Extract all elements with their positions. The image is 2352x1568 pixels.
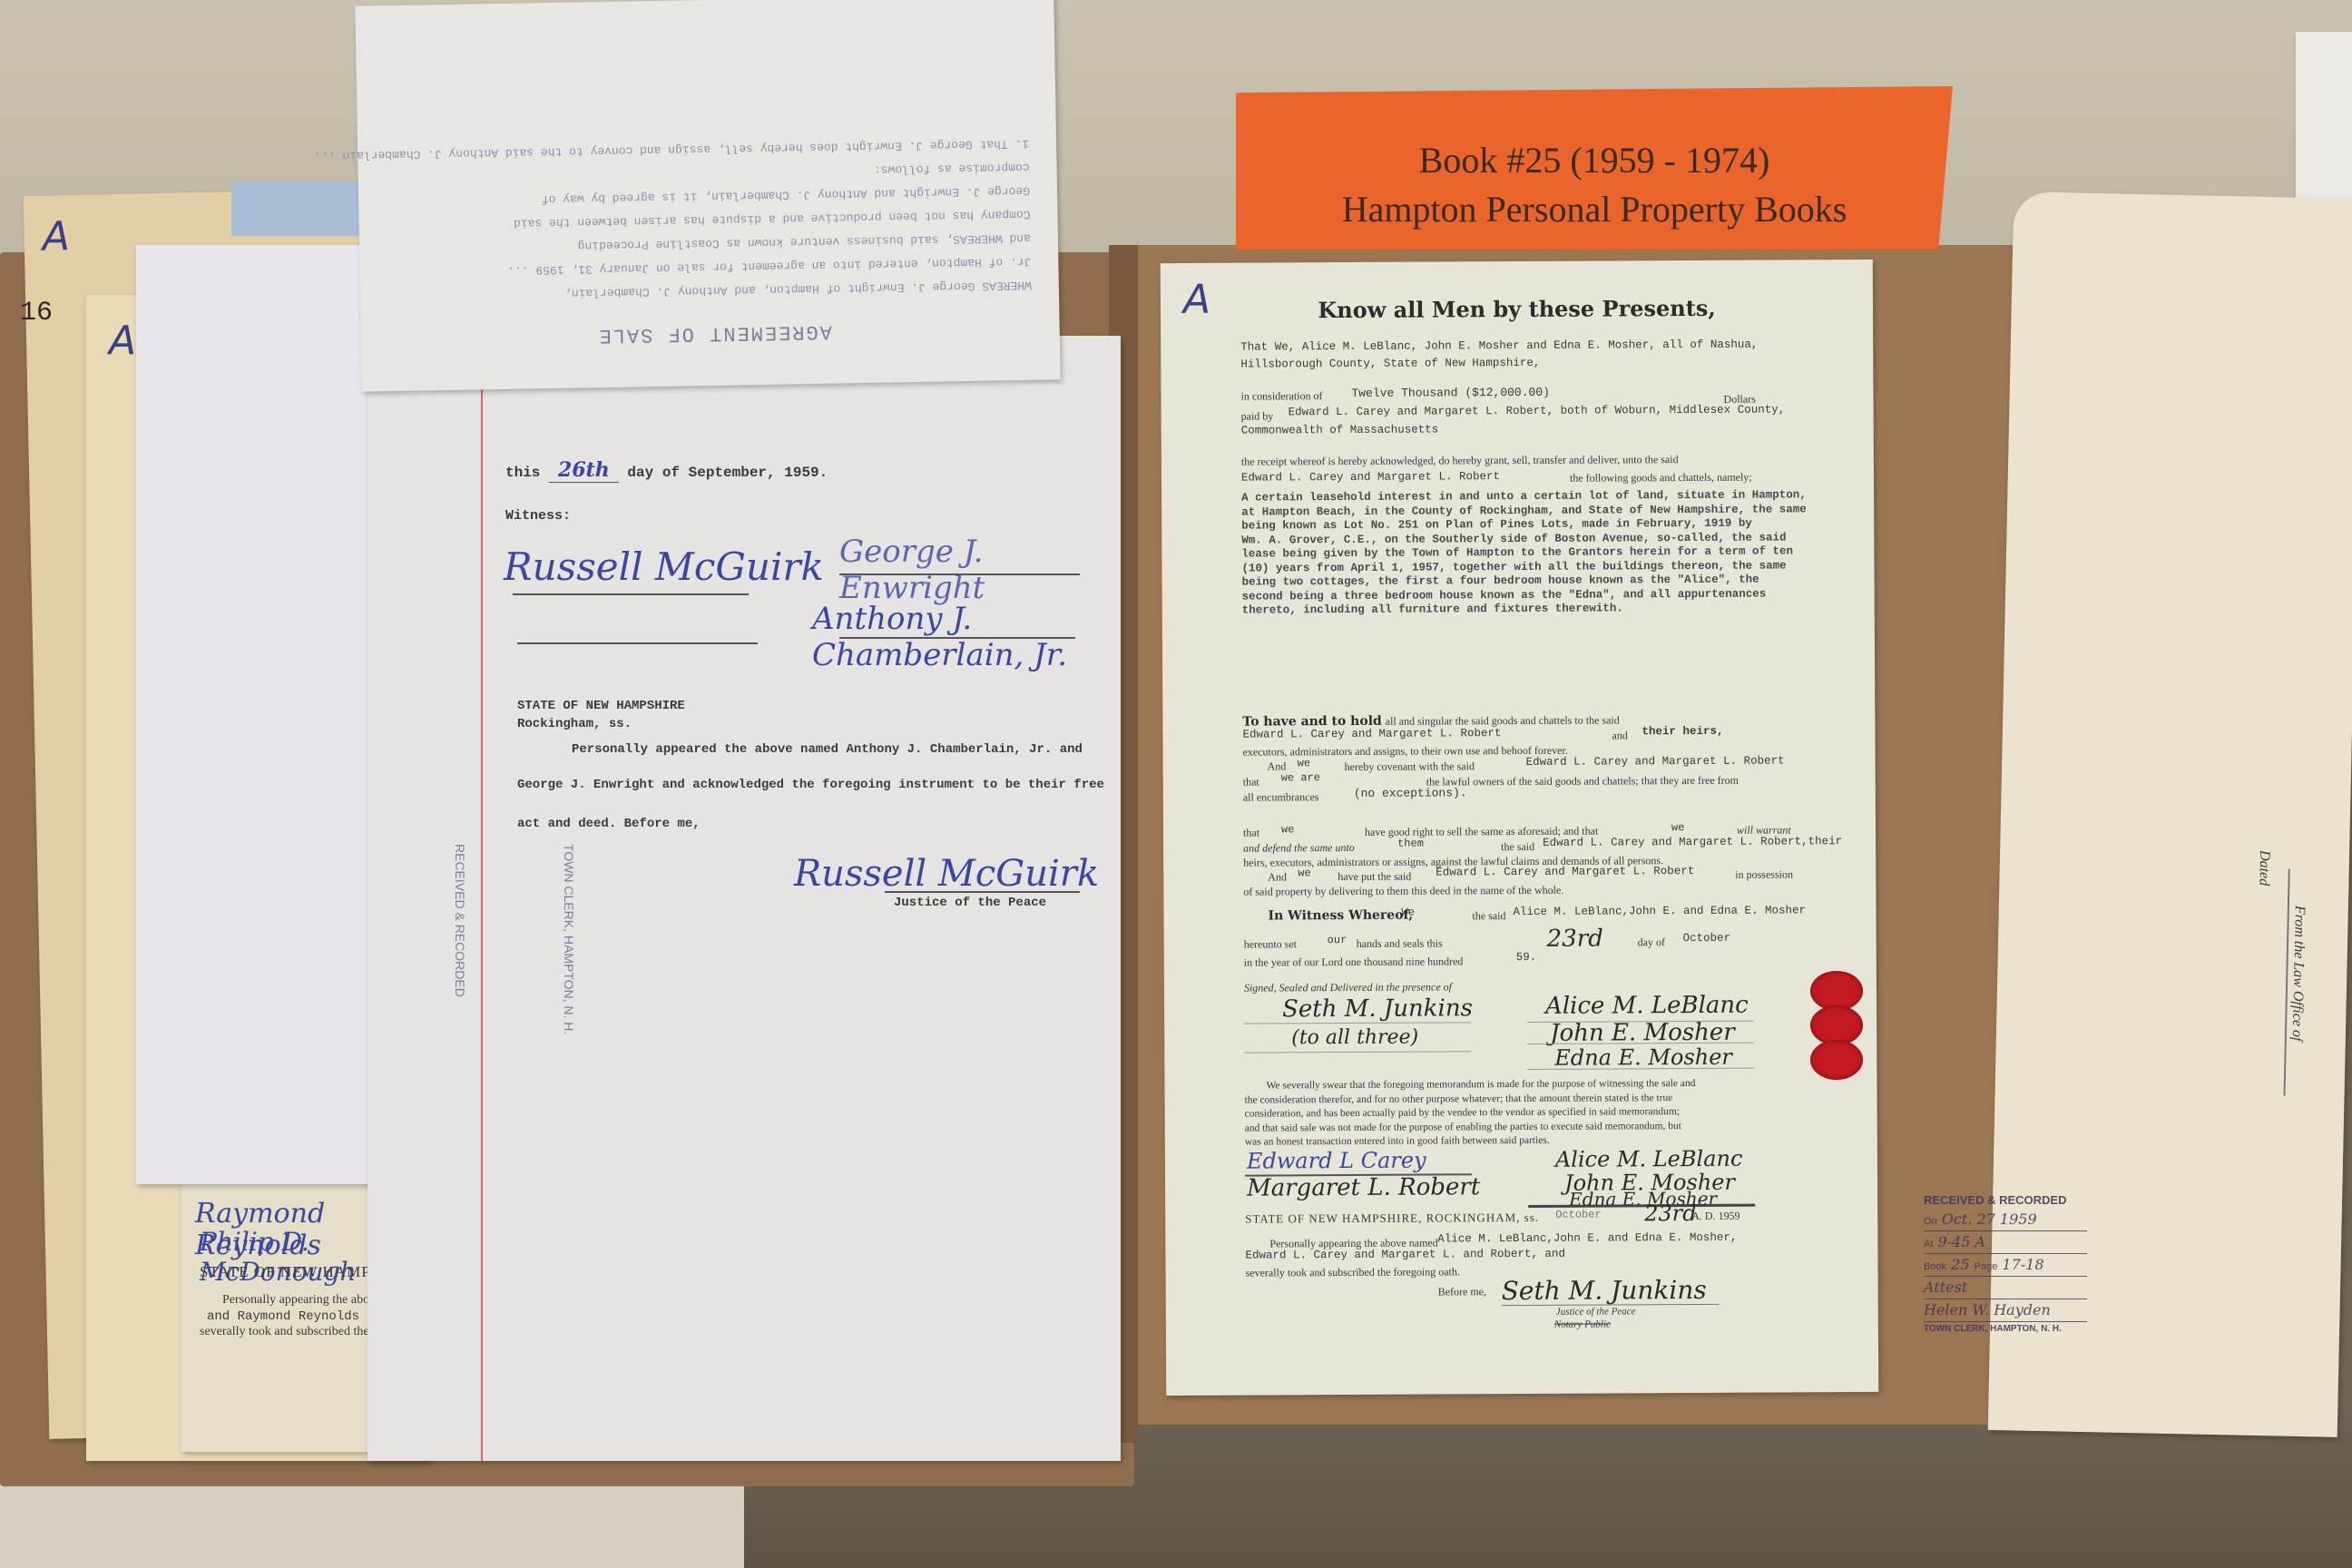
receipt-text: the receipt whereof is hereby acknowledg… bbox=[1241, 453, 1679, 469]
paid-by-label: paid by bbox=[1241, 409, 1274, 423]
ack-line-3: act and deed. Before me, bbox=[517, 817, 701, 831]
habendum-line-3: executors, administrators and assigns, t… bbox=[1243, 744, 1568, 759]
ack-line-1: Personally appeared the above named Anth… bbox=[572, 742, 1083, 757]
we-are: we are bbox=[1281, 771, 1320, 784]
blue-card bbox=[231, 181, 377, 236]
defend-them: them bbox=[1397, 838, 1424, 850]
right-we-2: we bbox=[1671, 821, 1684, 834]
signature-line bbox=[885, 891, 1080, 893]
deed-heading: Know all Men by these Presents, bbox=[1161, 294, 1873, 324]
appearing-names-2: Edward L. Carey and Margaret L. and Robe… bbox=[1245, 1248, 1565, 1262]
margin-mark-a: A bbox=[42, 213, 70, 260]
stamp-reversed-footer: TOWN CLERK, HAMPTON, N. H. bbox=[562, 844, 576, 1034]
possession-grantees: Edward L. Carey and Margaret L. Robert bbox=[1436, 865, 1694, 878]
stamp-clerk-row: Helen W. Hayden bbox=[1924, 1301, 2087, 1322]
tissue-title: AGREEMENT OF SALE bbox=[397, 317, 1033, 350]
defend-said: the said bbox=[1501, 840, 1534, 854]
signature-witness: Russell McGuirk bbox=[504, 544, 824, 589]
book-label-subtitle: Hampton Personal Property Books bbox=[1236, 188, 1953, 230]
edge-paper bbox=[2296, 32, 2352, 200]
bill-of-sale-deed[interactable]: A Know all Men by these Presents, That W… bbox=[1161, 260, 1879, 1396]
recorded-stamp: RECEIVED & RECORDED On Oct. 27 1959 At 9… bbox=[1924, 1193, 2087, 1329]
defend-text: and defend the same unto bbox=[1243, 841, 1355, 856]
hereunto-our: our bbox=[1328, 934, 1347, 946]
grantors-line-2: Hillsborough County, State of New Hampsh… bbox=[1240, 357, 1540, 371]
stamp-page-value: 17-18 bbox=[2002, 1256, 2043, 1273]
stamp-title: RECEIVED & RECORDED bbox=[1924, 1193, 2087, 1207]
witness-signature: Seth M. Junkins bbox=[1282, 995, 1473, 1023]
delivery-text: of said property by delivering to them t… bbox=[1243, 884, 1563, 899]
stamp-book-value: 25 bbox=[1951, 1256, 1969, 1273]
witness-we: We bbox=[1401, 906, 1414, 919]
witness-note: (to all three) bbox=[1291, 1026, 1418, 1050]
habendum-heirs: their heirs, bbox=[1641, 725, 1723, 738]
signature-line bbox=[839, 637, 1075, 639]
book-label: Book #25 (1959 - 1974) Hampton Personal … bbox=[1236, 86, 1953, 250]
tissue-lines: WHEREAS George J. Enwright of Hampton, a… bbox=[394, 132, 1032, 308]
year-text: in the year of our Lord one thousand nin… bbox=[1244, 955, 1464, 969]
stamp-book-label: Book bbox=[1924, 1261, 1946, 1272]
grantees-short: Edward L. Carey and Margaret L. Robert bbox=[1241, 470, 1500, 484]
month: October bbox=[1683, 932, 1731, 945]
signature-line bbox=[839, 573, 1080, 575]
date-prefix: this bbox=[505, 465, 540, 481]
possession-text: have put the said bbox=[1338, 870, 1411, 884]
margin-mark-a: A bbox=[109, 318, 136, 364]
signature-robert: Margaret L. Robert bbox=[1247, 1173, 1480, 1201]
date-line: this 26th day of September, 1959. bbox=[505, 458, 828, 482]
goods-label: the following goods and chattels, namely… bbox=[1570, 471, 1752, 485]
encumbrances-label: all encumbrances bbox=[1243, 790, 1319, 804]
witness-said: the said bbox=[1472, 909, 1505, 923]
ack-line-2: George J. Enwright and acknowledged the … bbox=[517, 778, 1104, 792]
grantors-line-1: That We, Alice M. LeBlanc, John E. Moshe… bbox=[1240, 338, 1758, 354]
grantor-signature-3: Edna E. Mosher bbox=[1554, 1044, 1732, 1071]
oath-line: and that said sale was not made for the … bbox=[1245, 1119, 1696, 1135]
stamp-reversed-text: RECEIVED & RECORDED bbox=[453, 844, 467, 997]
stamp-page-label: Page bbox=[1975, 1261, 1998, 1272]
signature-justice: Russell McGuirk bbox=[794, 853, 1099, 895]
stamp-on-label: On bbox=[1924, 1216, 1937, 1227]
tissue-reversed-block: AGREEMENT OF SALE WHEREAS George J. Enwr… bbox=[392, 13, 1034, 368]
justice-title: Justice of the Peace bbox=[1556, 1306, 1636, 1317]
signed-sealed-label: Signed, Sealed and Delivered in the pres… bbox=[1244, 980, 1452, 995]
day-of: day of bbox=[1638, 936, 1665, 949]
possession-and: And bbox=[1268, 870, 1287, 884]
defend-grantees: Edward L. Carey and Margaret L. Robert,t… bbox=[1543, 835, 1842, 849]
justice-signature: Seth M. Junkins bbox=[1502, 1275, 1707, 1306]
hereunto-text: hereunto set bbox=[1244, 937, 1297, 951]
right-we: we bbox=[1281, 823, 1294, 836]
stamp-on-value: Oct. 27 1959 bbox=[1942, 1210, 2037, 1228]
oath-signature-leblanc: Alice M. LeBlanc bbox=[1555, 1146, 1743, 1172]
property-description: A certain leasehold interest in and unto… bbox=[1241, 488, 1807, 618]
notary-struck: Notary Public bbox=[1554, 1318, 1611, 1329]
state-date-month: October bbox=[1555, 1209, 1601, 1221]
consideration-amount: Twelve Thousand ($12,000.00) bbox=[1351, 386, 1550, 400]
possession-we: we bbox=[1298, 867, 1310, 879]
habendum-text: all and singular the said goods and chat… bbox=[1386, 713, 1620, 727]
typed-name: and Raymond Reynolds bbox=[207, 1309, 359, 1324]
covenant-grantees: Edward L. Carey and Margaret L. Robert bbox=[1526, 754, 1785, 768]
witness-label: Witness: bbox=[505, 508, 571, 524]
page-number: 16 bbox=[20, 298, 53, 328]
right-that: that bbox=[1243, 827, 1259, 840]
before-me: Before me, bbox=[1438, 1285, 1486, 1298]
grantees-line-2: Commonwealth of Massachusetts bbox=[1241, 423, 1439, 436]
signature-carey: Edward L Carey bbox=[1247, 1148, 1426, 1174]
date-handwritten: 26th bbox=[549, 458, 619, 483]
witness-heading: In Witness Whereof, bbox=[1268, 908, 1413, 924]
county-heading: Rockingham, ss. bbox=[517, 717, 632, 731]
oath-subscribed: severally took and subscribed the forego… bbox=[1246, 1265, 1460, 1279]
date-suffix: day of September, 1959. bbox=[627, 465, 828, 481]
dated-label: Dated bbox=[2255, 850, 2272, 886]
stamp-attest-row: Attest bbox=[1924, 1279, 2087, 1299]
state-date-year: A. D. 1959 bbox=[1691, 1210, 1739, 1223]
signature-line bbox=[1244, 1051, 1471, 1053]
bill-of-sale-left[interactable]: this 26th day of September, 1959. Witnes… bbox=[367, 336, 1121, 1461]
hands-seals: hands and seals this bbox=[1357, 936, 1443, 950]
habendum-and: and bbox=[1612, 729, 1627, 742]
owners-text: the lawful owners of the said goods and … bbox=[1426, 774, 1739, 789]
law-office-label: From the Law Office of bbox=[2288, 906, 2308, 1042]
year-value: 59. bbox=[1516, 951, 1537, 964]
tissue-carbon-sheet[interactable]: AGREEMENT OF SALE WHEREAS George J. Enwr… bbox=[355, 0, 1060, 392]
witness-names: Alice M. LeBlanc,John E. and Edna E. Mos… bbox=[1513, 904, 1806, 918]
wax-seal bbox=[1810, 971, 1865, 1080]
possession-label: in possession bbox=[1735, 867, 1793, 881]
stamp-footer: TOWN CLERK, HAMPTON, N. H. bbox=[1924, 1324, 2087, 1334]
stamp-attest: Attest bbox=[1924, 1279, 1967, 1296]
habendum-grantees: Edward L. Carey and Margaret L. Robert bbox=[1242, 727, 1501, 740]
appearing-names-1: Alice M. LeBlanc,John E. and Edna E. Mos… bbox=[1437, 1231, 1737, 1246]
stamp-book-row: Book 25 Page 17-18 bbox=[1924, 1256, 2087, 1277]
recorded-stamp-reversed: RECEIVED & RECORDED TOWN CLERK, HAMPTON,… bbox=[440, 844, 594, 1025]
book-label-title: Book #25 (1959 - 1974) bbox=[1236, 139, 1953, 181]
justice-title: Justice of the Peace bbox=[894, 896, 1046, 910]
oath-paragraph: We severally swear that the foregoing me… bbox=[1244, 1077, 1695, 1150]
stamp-clerk-signature: Helen W. Hayden bbox=[1924, 1301, 2051, 1318]
covenant-text: hereby covenant with the said bbox=[1345, 759, 1475, 774]
seal-icon bbox=[1810, 1040, 1863, 1080]
that-label: that bbox=[1243, 776, 1259, 789]
signature-line bbox=[517, 642, 758, 644]
description-line: thereto, including all furniture and fix… bbox=[1242, 601, 1808, 618]
description-line: second being a three bedroom house known… bbox=[1242, 587, 1808, 604]
stamp-on-row: On Oct. 27 1959 bbox=[1924, 1210, 2087, 1231]
exceptions: (no exceptions). bbox=[1354, 786, 1467, 800]
stamp-at-label: At bbox=[1924, 1239, 1933, 1249]
stamp-at-value: 9-45 A bbox=[1938, 1233, 1986, 1250]
state-heading: STATE OF NEW HAMPSHIRE bbox=[517, 699, 685, 713]
grantor-signature-1: Alice M. LeBlanc bbox=[1545, 992, 1749, 1020]
grantees-line-1: Edward L. Carey and Margaret L. Robert, … bbox=[1289, 403, 1786, 418]
signature-enwright: George J. Enwright bbox=[839, 534, 1121, 606]
day-handwritten: 23rd bbox=[1547, 926, 1603, 953]
consideration-label: in consideration of bbox=[1240, 389, 1322, 403]
signature-line bbox=[513, 593, 749, 595]
signature-line bbox=[1528, 1204, 1755, 1208]
state-line: STATE OF NEW HAMPSHIRE, ROCKINGHAM, ss. bbox=[1245, 1210, 1539, 1227]
signature-line bbox=[1244, 1022, 1471, 1024]
stamp-at-row: At 9-45 A bbox=[1924, 1233, 2087, 1254]
covenant-we: we bbox=[1298, 757, 1310, 769]
state-date-day: 23rd bbox=[1644, 1200, 1697, 1226]
